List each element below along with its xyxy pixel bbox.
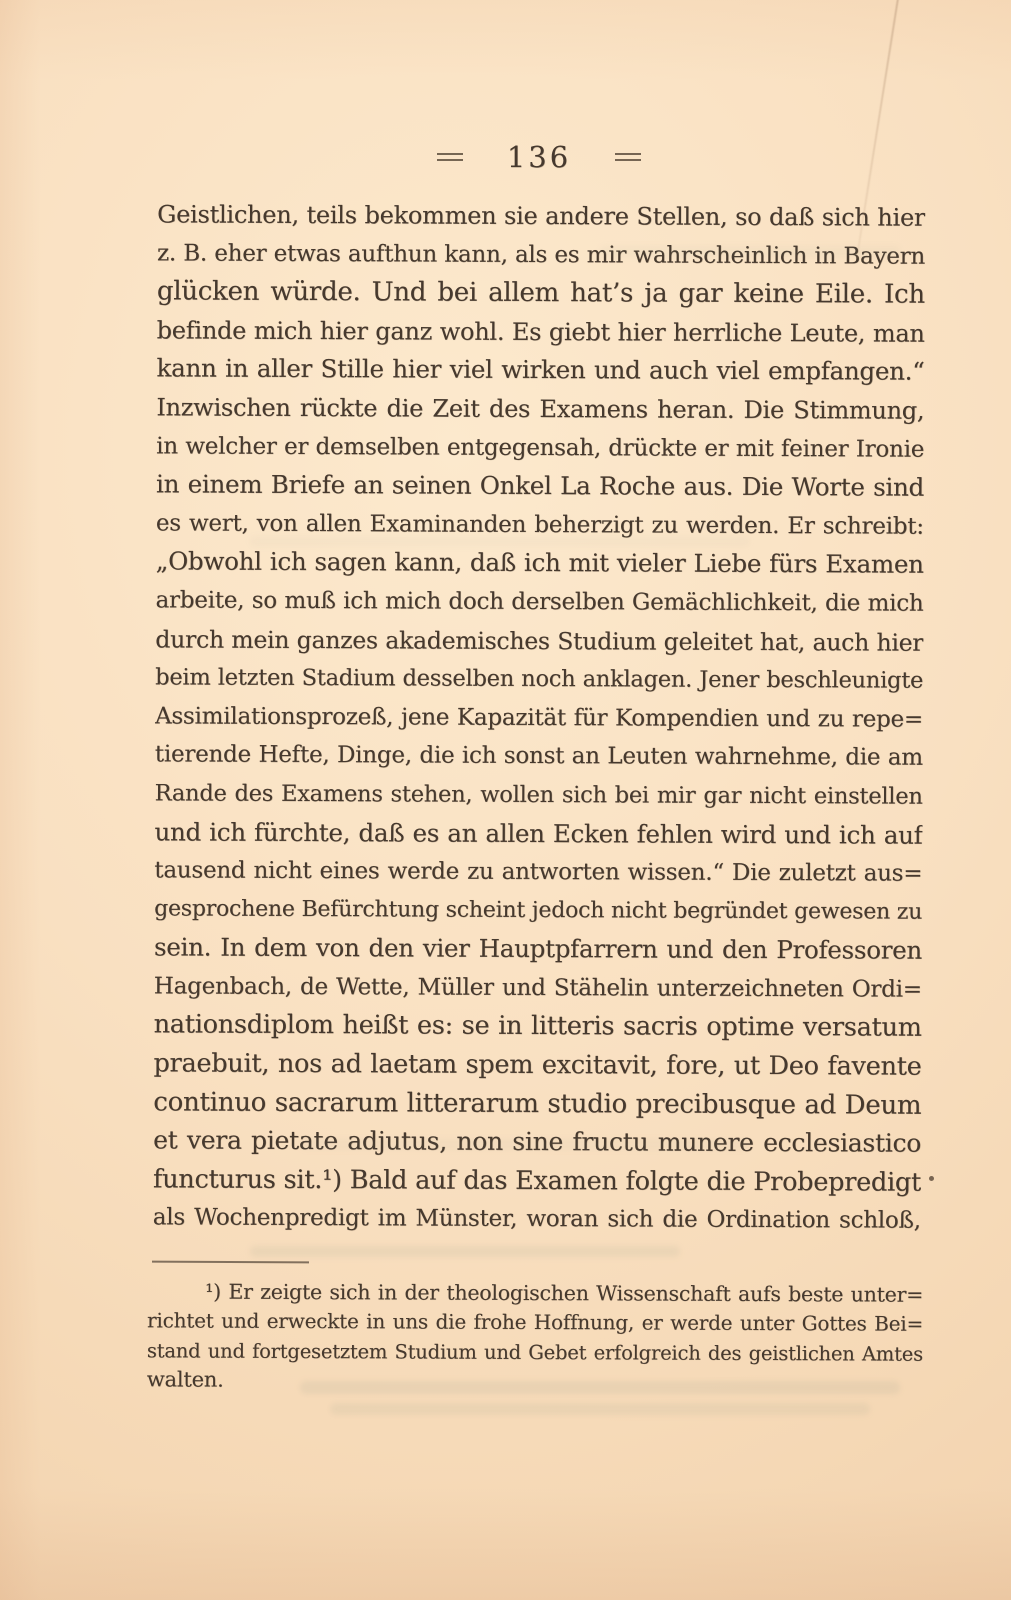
text-line: in welcher er demselben entgegensah, drü…: [156, 427, 924, 469]
text-line: als Wochenpredigt im Münster, woran sich…: [153, 1199, 921, 1241]
text-line-latin: continuo sacrarum litterarum studio prec…: [153, 1083, 921, 1125]
text-line: functurus sit.¹) Bald auf das Examen fol…: [153, 1160, 921, 1202]
text-line: sein. In dem von den vier Hauptpfarrern …: [154, 929, 922, 971]
footnote-line: stand und fortgesetztem Studium und Gebe…: [147, 1336, 923, 1369]
main-text-block: Geistlichen, teils bekommen sie andere S…: [153, 195, 926, 1240]
ink-speck: [929, 1176, 934, 1181]
text-line: glücken würde. Und bei allem hat’s ja ga…: [157, 273, 925, 315]
text-line: Hagenbach, de Wette, Müller und Stähelin…: [154, 967, 922, 1009]
footnote-line: walten.: [147, 1365, 923, 1398]
text-line-latin: nationsdiplom heißt es: se in litteris s…: [154, 1006, 922, 1048]
text-line: befinde mich hier ganz wohl. Es giebt hi…: [157, 311, 925, 353]
text-line: es wert, von allen Examinanden beherzigt…: [156, 504, 924, 546]
text-line: beim letzten Stadium desselben noch ankl…: [155, 658, 923, 700]
text-line: „Obwohl ich sagen kann, daß ich mit viel…: [156, 543, 924, 585]
footnote-line: richtet und erweckte in uns die frohe Ho…: [147, 1307, 923, 1340]
text-line: durch mein ganzes akademisches Studium g…: [155, 620, 923, 662]
text-line: tausend nicht eines werde zu antworten w…: [154, 851, 922, 893]
text-line: kann in aller Stille hier viel wirken un…: [156, 350, 924, 392]
page-number: 136: [507, 138, 571, 176]
text-line: z. B. eher etwas aufthun kann, als es mi…: [157, 234, 925, 276]
header-dash-right: [615, 153, 641, 161]
text-line-latin: et vera pietate adjutus, non sine fructu…: [153, 1122, 921, 1164]
ink-showthrough: [330, 1403, 870, 1415]
text-line: Rande des Examens stehen, wollen sich be…: [155, 774, 923, 816]
page-header: 136: [155, 138, 923, 176]
text-line: tierende Hefte, Dinge, die ich sonst an …: [155, 736, 923, 778]
text-line: Assimilationsprozeß, jene Kapazität für …: [155, 697, 923, 739]
text-line: Inzwischen rückte die Zeit des Examens h…: [156, 388, 924, 430]
text-line-latin: praebuit, nos ad laetam spem excitavit, …: [153, 1044, 921, 1086]
text-line: Geistlichen, teils bekommen sie andere S…: [157, 195, 925, 237]
footnote-line: ¹) Er zeigte sich in der theologischen W…: [147, 1277, 923, 1310]
book-page-scan: 136 Geistlichen, teils bekommen sie ande…: [0, 0, 1011, 1600]
footnote-block: ¹) Er zeigte sich in der theologischen W…: [147, 1277, 924, 1398]
text-line: gesprochene Befürchtung scheint jedoch n…: [154, 890, 922, 932]
ink-showthrough: [250, 1246, 680, 1257]
text-line: und ich fürchte, daß es an allen Ecken f…: [154, 813, 922, 855]
text-line: in einem Briefe an seinen Onkel La Roche…: [156, 465, 924, 507]
header-dash-left: [437, 153, 463, 161]
text-line: arbeite, so muß ich mich doch derselben …: [155, 581, 923, 623]
footnote-separator-rule: [152, 1261, 309, 1264]
